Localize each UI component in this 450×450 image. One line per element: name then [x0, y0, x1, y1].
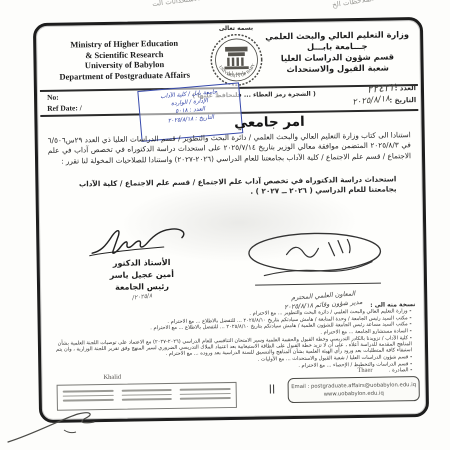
footer-email-box: Email : postgraduate.affairs@uobabylon.e…	[287, 376, 419, 403]
letterhead-arabic: وزارة التعليم العالي والبحث العلمي جـــا…	[258, 29, 417, 75]
number-label: العدد :	[395, 84, 416, 92]
document-border-frame: Ministry of Higher Education & Scientifi…	[33, 17, 429, 423]
footer-name-left: Khalid	[103, 374, 121, 381]
order-body-paragraph: استنادا الى كتاب وزارة التعليم العالي وا…	[48, 130, 411, 167]
letterhead-en-line: Department of Postgraduate Affairs	[43, 69, 207, 82]
no-label: No:	[47, 93, 59, 102]
ref-date-value: /	[80, 103, 82, 112]
ref-date-label: Ref Date:	[47, 103, 78, 112]
page-scribble-icon	[4, 404, 114, 450]
contact-text-column	[121, 387, 172, 406]
ref-row-arabic: العدد : ٢٢٤٢٢ التاريخ : ٢٠٢٥/٨/١٨	[389, 82, 416, 106]
signature-block: الأستاذ الدكتور أمين عجيل ياسر رئيس الجا…	[77, 226, 206, 301]
top-cropped-fragment: الملاحظات الخ	[332, 0, 375, 9]
approval-scribble-icon	[237, 228, 398, 293]
contact-text-column	[180, 386, 231, 405]
ref-row-english: No: Ref Date: /	[47, 91, 82, 114]
seal-center-text: جامعة بابل	[227, 71, 246, 76]
university-seal-icon: UNIVERSITY OF BABYLON جامعة بابل	[208, 31, 265, 88]
date-value-handwritten: ٢٠٢٥/٨/١٨	[351, 93, 390, 109]
footer-name-right: Thaer	[357, 367, 372, 374]
president-signature-icon	[85, 226, 205, 258]
date-label: التاريخ :	[389, 96, 416, 104]
letterhead-english: Ministry of Higher Education & Scientifi…	[42, 37, 207, 82]
scanned-page: ـ الاستحداثات الت الملاحظات الخ Ministry…	[0, 0, 450, 450]
approval-annotations: المعاون العلمي المحترم مدير شؤون وقائم ٢…	[237, 228, 408, 311]
top-cropped-fragment: ـ الاستحداثات الت	[152, 0, 205, 8]
footer-divider-mark: ||	[269, 384, 276, 394]
order-title: امر جامعي	[189, 113, 349, 132]
